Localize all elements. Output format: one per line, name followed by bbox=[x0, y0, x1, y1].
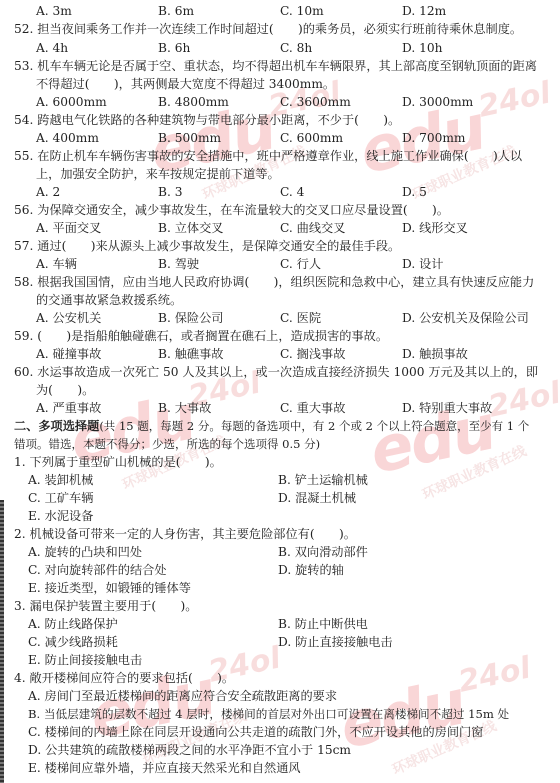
option-c: C. 重大事故 bbox=[280, 400, 345, 416]
option-b: B. 铲土运输机械 bbox=[278, 472, 368, 488]
option-a: A. 装卸机械 bbox=[28, 472, 93, 488]
option-d: D. 触损事故 bbox=[402, 346, 468, 362]
option-b: B. 500mm bbox=[158, 130, 221, 146]
option-e: E. 楼梯间应靠外墙，并应直接天然采光和自然通风 bbox=[28, 760, 301, 776]
option-c: C. 工矿车辆 bbox=[28, 490, 93, 506]
option-b: B. 双向滑动部件 bbox=[278, 544, 368, 560]
option-d: D. 10h bbox=[402, 40, 442, 56]
question-58: 58. 根据我国国情，应由当地人民政府协调( )，组织医院和急救中心，建立具有快… bbox=[14, 274, 534, 290]
question-60: 60. 水运事故造成一次死亡 50 人及其以上，或一次造成直接经济损失 1000… bbox=[14, 364, 538, 380]
question-60-cont: 为( )。 bbox=[36, 382, 94, 398]
question-58-cont: 的交通事故紧急救援系统。 bbox=[36, 292, 182, 308]
question-53-cont: 不得超过( )，其两侧最大宽度不得超过 3400mm。 bbox=[36, 76, 335, 92]
option-c: C. 楼梯间的内墙上除在同层开设通向公共走道的疏散门外，不应开设其他的房间门窗 bbox=[28, 724, 483, 740]
option-a: A. 公安机关 bbox=[36, 310, 101, 326]
question-54: 54. 跨越电气化铁路的各种建筑物与带电部分最小距离，不少于( )。 bbox=[14, 112, 400, 128]
mc-question-2: 2. 机械设备可带来一定的人身伤害，其主要危险部位有( )。 bbox=[14, 526, 356, 542]
option-b: B. 驾驶 bbox=[158, 256, 199, 272]
question-57: 57. 通过( )来从源头上减少事故发生，是保障交通安全的最佳手段。 bbox=[14, 238, 400, 254]
option-c: C. 3600mm bbox=[280, 94, 351, 110]
option-c: C. 医院 bbox=[280, 310, 321, 326]
option-c: C. 曲线交叉 bbox=[280, 220, 345, 236]
section-note: (共 15 题，每题 2 分。每题的备选项中，有 2 个或 2 个以上符合题意，… bbox=[99, 419, 529, 433]
option-b: B. 大事故 bbox=[158, 400, 211, 416]
exam-page: edu24ol环球职业教育在线 edu24ol环球职业教育在线 edu24ol环… bbox=[0, 0, 560, 783]
option-c: C. 10m bbox=[280, 3, 324, 19]
option-b: B. 防止中断供电 bbox=[278, 616, 368, 632]
mc-question-1: 1. 下列属于重型矿山机械的是( )。 bbox=[14, 454, 222, 470]
option-a: A. 6000mm bbox=[36, 94, 107, 110]
option-c: C. 8h bbox=[280, 40, 312, 56]
option-a: A. 平面交叉 bbox=[36, 220, 101, 236]
option-d: D. 3000mm bbox=[402, 94, 473, 110]
mc-question-3: 3. 漏电保护装置主要用于( )。 bbox=[14, 598, 197, 614]
option-a: A. 房间门至最近楼梯间的距离应符合安全疏散距离的要求 bbox=[28, 688, 337, 704]
section-note-cont: 错项。错选，本题不得分；少选，所选的每个选项得 0.5 分) bbox=[14, 436, 320, 452]
question-55-cont: 上，加强安全防护，来车按规定提前下道等。 bbox=[36, 166, 280, 182]
option-c: C. 对向旋转部件的结合处 bbox=[28, 562, 167, 578]
option-b: B. 3 bbox=[158, 184, 182, 200]
option-b: B. 触礁事故 bbox=[158, 346, 223, 362]
question-52: 52. 担当夜间乘务工作并一次连续工作时间超过( )的乘务员，必须实行班前待乘休… bbox=[14, 21, 522, 37]
question-53: 53. 机车车辆无论是否属于空、重状态，均不得超出机车车辆限界，其上部高度至钢轨… bbox=[14, 58, 537, 74]
option-b: B. 6h bbox=[158, 40, 190, 56]
option-e: E. 接近类型，如锻锤的锤体等 bbox=[28, 580, 191, 596]
option-c: C. 搁浅事故 bbox=[280, 346, 345, 362]
option-c: C. 600mm bbox=[280, 130, 343, 146]
option-d: D. 12m bbox=[402, 3, 446, 19]
option-b: B. 当低层建筑的层数不超过 4 层时，楼梯间的首层对外出口可设置在离楼梯间不超… bbox=[28, 706, 509, 722]
section-2-header: 二、多项选择题(共 15 题，每题 2 分。每题的备选项中，有 2 个或 2 个… bbox=[14, 418, 529, 434]
option-c: C. 4 bbox=[280, 184, 304, 200]
option-b: B. 保险公司 bbox=[158, 310, 223, 326]
option-d: D. 700mm bbox=[402, 130, 465, 146]
option-a: A. 3m bbox=[36, 3, 72, 19]
option-a: A. 碰撞事故 bbox=[36, 346, 101, 362]
option-a: A. 2 bbox=[36, 184, 60, 200]
option-c: C. 减少线路损耗 bbox=[28, 634, 118, 650]
option-d: D. 特别重大事故 bbox=[402, 400, 492, 416]
option-d: D. 公共建筑的疏散楼梯两段之间的水平净距不宜小于 15cm bbox=[28, 742, 351, 758]
section-title: 二、多项选择题 bbox=[14, 419, 99, 433]
option-d: D. 5 bbox=[402, 184, 427, 200]
question-56: 56. 为保障交通安全，减少事故发生，在车流量较大的交叉口应尽量设置( )。 bbox=[14, 202, 449, 218]
option-a: A. 车辆 bbox=[36, 256, 77, 272]
option-a: A. 严重事故 bbox=[36, 400, 101, 416]
option-d: D. 防止直接接触电击 bbox=[278, 634, 393, 650]
option-e: E. 防止间接接触电击 bbox=[28, 652, 142, 668]
mc-question-4: 4. 敞开楼梯间应符合的要求包括( )。 bbox=[14, 670, 234, 686]
option-a: A. 400mm bbox=[36, 130, 99, 146]
question-59: 59. ( )是指船舶触碰礁石，或者搁置在礁石上，造成损害的事故。 bbox=[14, 328, 388, 344]
option-b: B. 立体交叉 bbox=[158, 220, 223, 236]
question-55: 55. 在防止机车车辆伤害事故的安全措施中，班中严格遵章作业，线上施工作业确保(… bbox=[14, 148, 522, 164]
option-d: D. 混凝土机械 bbox=[278, 490, 356, 506]
option-b: B. 6m bbox=[158, 3, 194, 19]
option-a: A. 4h bbox=[36, 40, 68, 56]
option-d: D. 旋转的轴 bbox=[278, 562, 344, 578]
option-d: D. 设计 bbox=[402, 256, 443, 272]
option-b: B. 4800mm bbox=[158, 94, 229, 110]
option-d: D. 线形交叉 bbox=[402, 220, 468, 236]
scan-edge-shadow bbox=[0, 500, 4, 783]
option-d: D. 公安机关及保险公司 bbox=[402, 310, 529, 326]
option-a: A. 防止线路保护 bbox=[28, 616, 118, 632]
option-e: E. 水泥设备 bbox=[28, 508, 93, 524]
option-c: C. 行人 bbox=[280, 256, 321, 272]
option-a: A. 旋转的凸块和凹处 bbox=[28, 544, 142, 560]
